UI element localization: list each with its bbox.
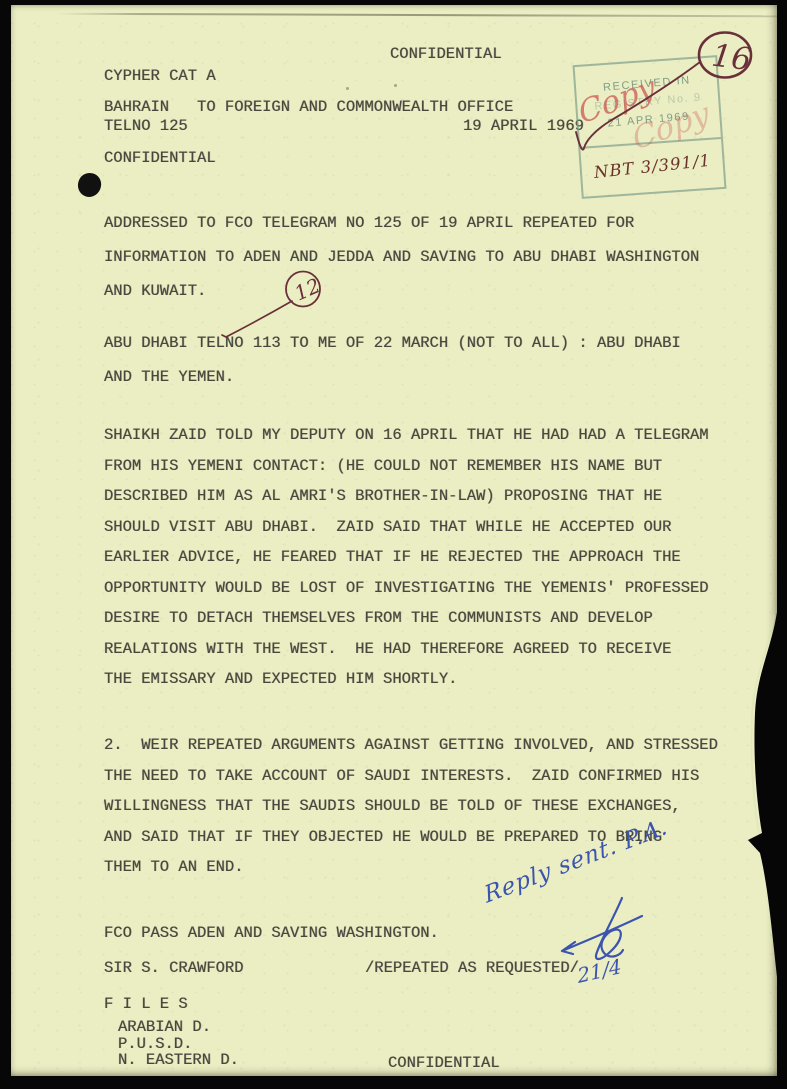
classification-mid: CONFIDENTIAL (104, 151, 216, 167)
paragraph-reference: ABU DHABI TELNO 113 TO ME OF 22 MARCH (N… (104, 336, 681, 404)
signatory: SIR S. CRAWFORD (104, 961, 244, 977)
ink-speck (346, 87, 349, 90)
files-heading: F I L E S (104, 997, 188, 1013)
text-line: AND THE YEMEN. (104, 370, 681, 404)
telegram-date: 19 APRIL 1969 (463, 119, 584, 135)
repeated-note: /REPEATED AS REQUESTED/ (365, 961, 579, 977)
pass-line: FCO PASS ADEN AND SAVING WASHINGTON. (104, 926, 439, 942)
cypher-category: CYPHER CAT A (104, 69, 216, 85)
text-line: DESIRE TO DETACH THEMSELVES FROM THE COM… (104, 611, 709, 642)
text-line: THE NEED TO TAKE ACCOUNT OF SAUDI INTERE… (104, 769, 718, 800)
registry-stamp: RECEIVED IN REGISTRY No. 9 21 APR 1969 C… (573, 55, 727, 199)
text-line: SHAIKH ZAID TOLD MY DEPUTY ON 16 APRIL T… (104, 428, 709, 459)
paper-crease (56, 13, 777, 18)
classification-bottom: CONFIDENTIAL (388, 1056, 500, 1072)
text-line: WILLINGNESS THAT THE SAUDIS SHOULD BE TO… (104, 799, 718, 830)
file-reference-handwritten: NBT 3/391/1 (593, 151, 712, 182)
text-line: THE EMISSARY AND EXPECTED HIM SHORTLY. (104, 672, 709, 703)
text-line: INFORMATION TO ADEN AND JEDDA AND SAVING… (104, 250, 699, 284)
hole-punch-mark (76, 171, 103, 199)
paragraph-address: ADDRESSED TO FCO TELEGRAM NO 125 OF 19 A… (104, 216, 699, 318)
text-line: FROM HIS YEMENI CONTACT: (HE COULD NOT R… (104, 459, 709, 490)
text-line: SHOULD VISIT ABU DHABI. ZAID SAID THAT W… (104, 520, 709, 551)
text-line: EARLIER ADVICE, HE FEARED THAT IF HE REJ… (104, 550, 709, 581)
paragraph-1: SHAIKH ZAID TOLD MY DEPUTY ON 16 APRIL T… (104, 428, 709, 703)
reply-date-handwritten: 21/4 (576, 954, 623, 988)
paragraph-2: 2. WEIR REPEATED ARGUMENTS AGAINST GETTI… (104, 738, 718, 891)
text-line: REALATIONS WITH THE WEST. HE HAD THEREFO… (104, 642, 709, 673)
signature-scribble (562, 898, 642, 959)
text-line: 2. WEIR REPEATED ARGUMENTS AGAINST GETTI… (104, 738, 718, 769)
text-line: ABU DHABI TELNO 113 TO ME OF 22 MARCH (N… (104, 336, 681, 370)
text-line: AND KUWAIT. (104, 284, 699, 318)
ink-speck (394, 84, 397, 87)
telegram-number: TELNO 125 (104, 119, 188, 135)
text-line: OPPORTUNITY WOULD BE LOST OF INVESTIGATI… (104, 581, 709, 612)
classification-top: CONFIDENTIAL (390, 47, 502, 63)
text-line: DESCRIBED HIM AS AL AMRI'S BROTHER-IN-LA… (104, 489, 709, 520)
scanned-telegram: CONFIDENTIAL CYPHER CAT A BAHRAIN TO FOR… (0, 0, 787, 1089)
files-list: ARABIAN D.P.U.S.D.N. EASTERN D. (118, 1020, 239, 1070)
route-line: BAHRAIN TO FOREIGN AND COMMONWEALTH OFFI… (104, 100, 513, 116)
registry-stamp-upper: RECEIVED IN REGISTRY No. 9 21 APR 1969 C… (575, 57, 721, 149)
text-line: THEM TO AN END. (104, 860, 718, 891)
text-line: ADDRESSED TO FCO TELEGRAM NO 125 OF 19 A… (104, 216, 699, 250)
document-page: CONFIDENTIAL CYPHER CAT A BAHRAIN TO FOR… (11, 5, 777, 1076)
file-entry: N. EASTERN D. (118, 1053, 239, 1070)
